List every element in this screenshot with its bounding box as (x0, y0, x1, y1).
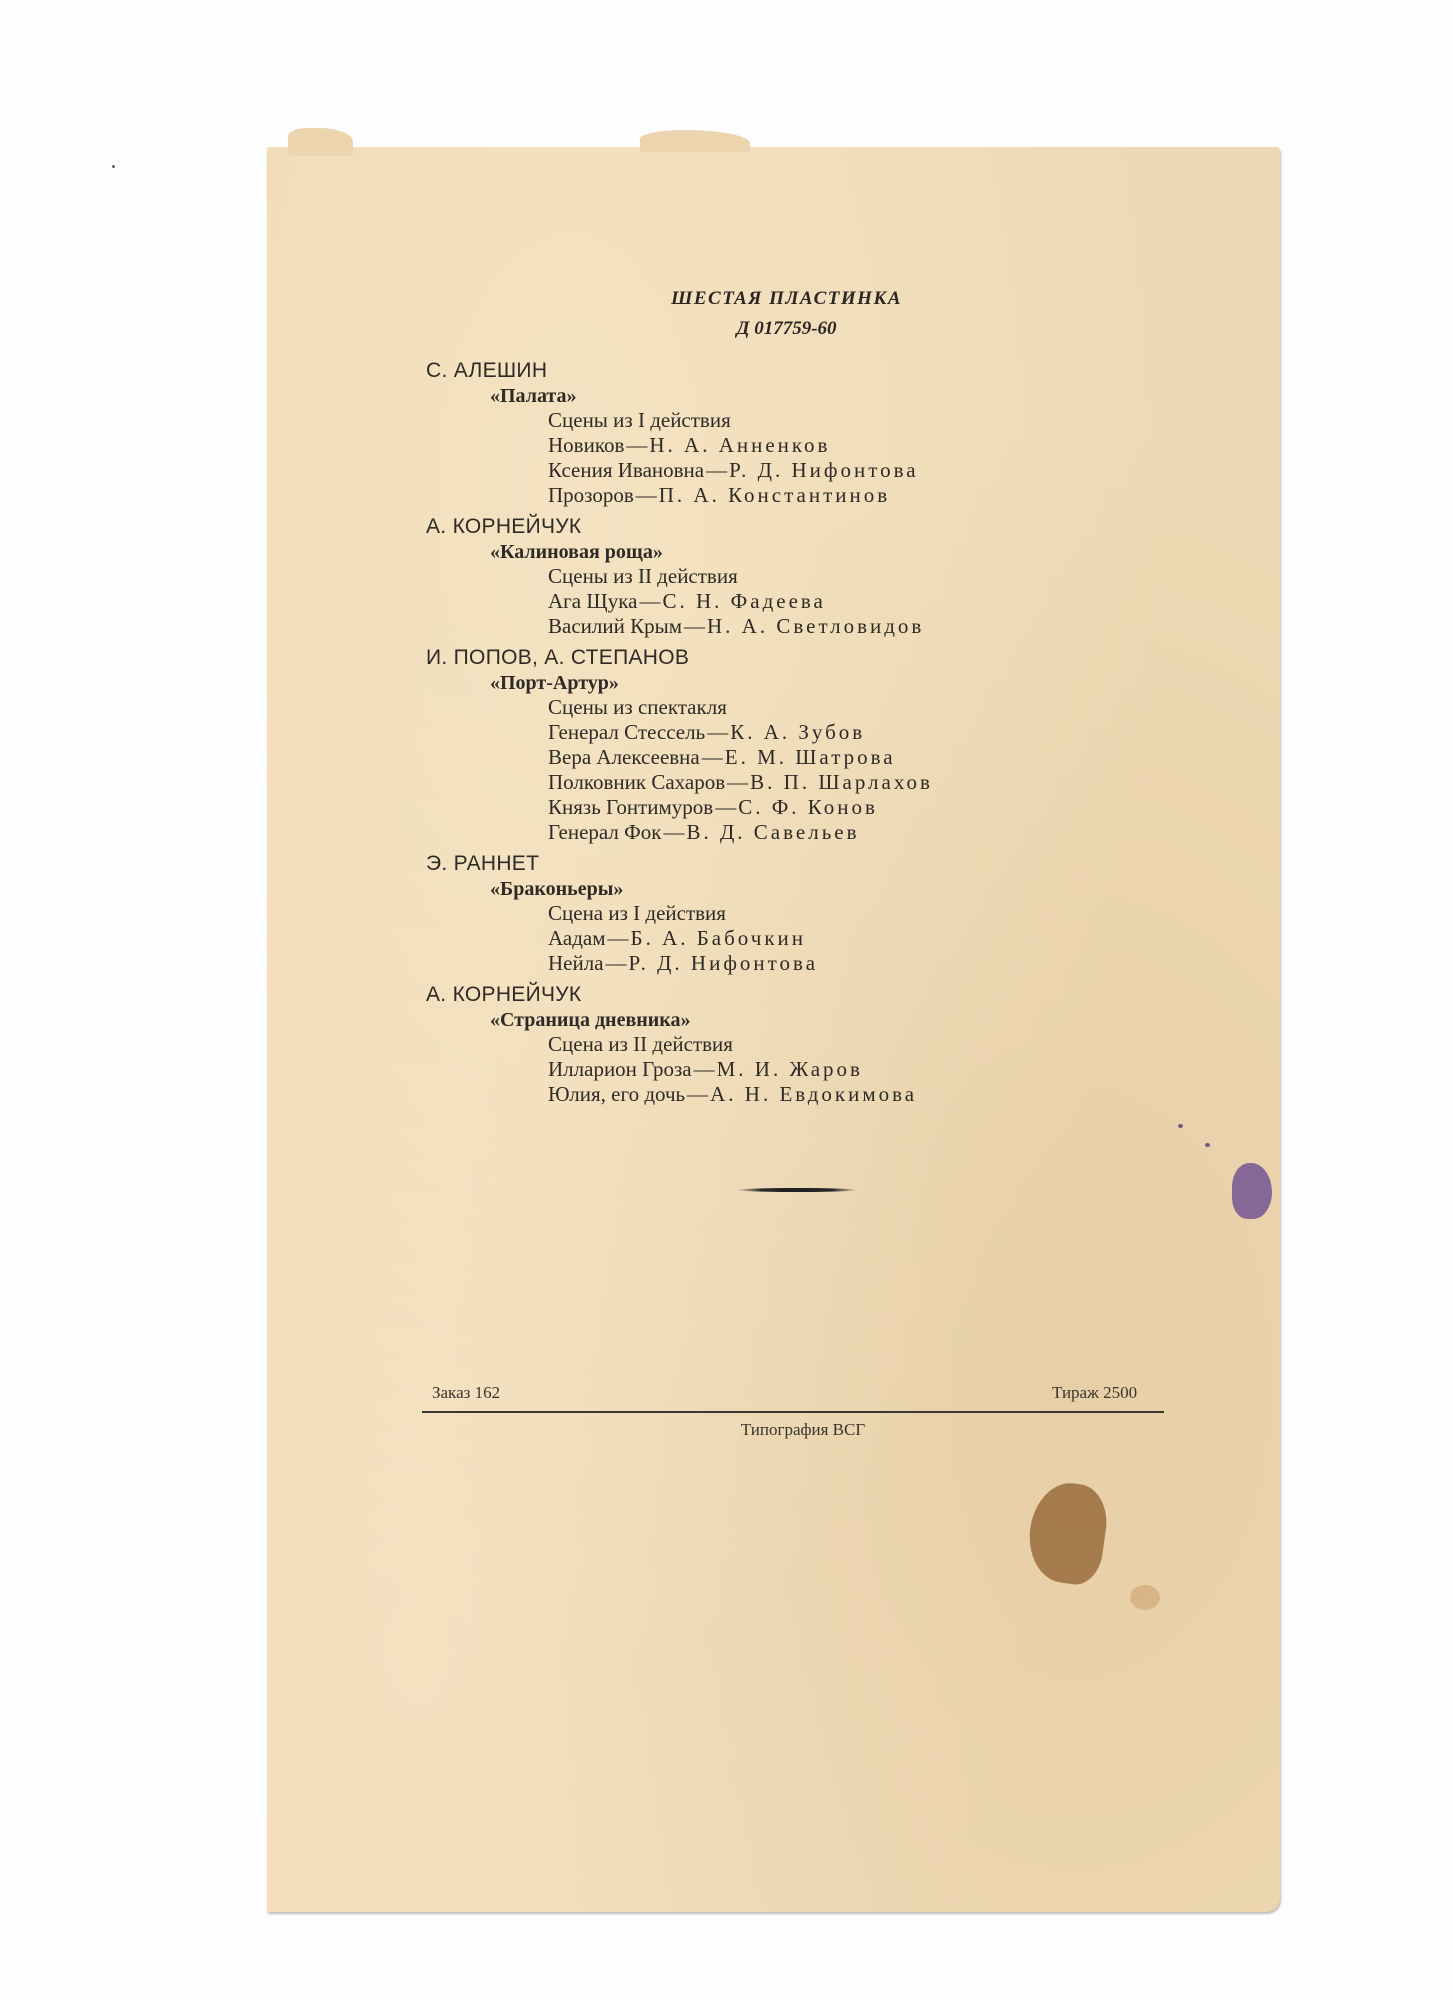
role-name: Илларион Гроза (548, 1057, 692, 1081)
dash: — (684, 614, 705, 638)
programme-section: И. ПОПОВ, А. СТЕПАНОВ«Порт-Артур»Сцены и… (426, 645, 933, 845)
dash: — (727, 770, 748, 794)
actor-name: В. Д. Савельев (686, 820, 859, 844)
actor-name: В. П. Шарлахов (750, 770, 933, 794)
role-name: Вера Алексеевна (548, 745, 700, 769)
faint-stain (1130, 1585, 1160, 1610)
printer-name: Типография ВСГ (0, 1420, 1453, 1440)
role-name: Ага Щука (548, 589, 638, 613)
programme-section: А. КОРНЕЙЧУК«Страница дневника»Сцена из … (426, 982, 933, 1107)
actor-name: К. А. Зубов (730, 720, 865, 744)
role-name: Ксения Ивановна (548, 458, 704, 482)
record-title: ШЕСТАЯ ПЛАСТИНКА (0, 288, 1453, 310)
dash: — (640, 589, 661, 613)
programme-section: С. АЛЕШИН«Палата»Сцены из I действияНови… (426, 358, 933, 508)
programme-section: Э. РАННЕТ«Браконьеры»Сцена из I действия… (426, 851, 933, 976)
print-run: Тираж 2500 (1052, 1383, 1137, 1403)
play-title: «Калиновая роща» (490, 540, 933, 564)
role-name: Прозоров (548, 483, 634, 507)
dash: — (706, 458, 727, 482)
printer-name-text: Типография ВСГ (741, 1420, 865, 1440)
cast-line: Вера Алексеевна—Е. М. Шатрова (548, 745, 933, 770)
cast-line: Василий Крым—Н. А. Светловидов (548, 614, 933, 639)
programme-list: С. АЛЕШИН«Палата»Сцены из I действияНови… (426, 352, 933, 1107)
play-title: «Палата» (490, 384, 933, 408)
ink-speck (1205, 1143, 1210, 1147)
role-name: Новиков (548, 433, 624, 457)
dash: — (636, 483, 657, 507)
scene-description: Сцены из спектакля (548, 695, 933, 720)
ornament-divider (737, 1188, 857, 1192)
role-name: Нейла (548, 951, 604, 975)
actor-name: Н. А. Анненков (649, 433, 830, 457)
footer-divider (422, 1411, 1164, 1413)
cast-line: Ксения Ивановна—Р. Д. Нифонтова (548, 458, 933, 483)
record-title-text: ШЕСТАЯ ПЛАСТИНКА (671, 288, 902, 310)
actor-name: Е. М. Шатрова (725, 745, 896, 769)
actor-name: П. А. Константинов (659, 483, 890, 507)
cast-line: Илларион Гроза—М. И. Жаров (548, 1057, 933, 1082)
programme-section: А. КОРНЕЙЧУК«Калиновая роща»Сцены из II … (426, 514, 933, 639)
dash: — (608, 926, 629, 950)
dash: — (715, 795, 736, 819)
catalog-number: Д 017759-60 (0, 318, 1453, 340)
cast-line: Прозоров—П. А. Константинов (548, 483, 933, 508)
role-name: Князь Гонтимуров (548, 795, 713, 819)
order-number: Заказ 162 (432, 1383, 500, 1403)
torn-edge (288, 128, 353, 156)
actor-name: Р. Д. Нифонтова (629, 951, 819, 975)
role-name: Юлия, его дочь (548, 1082, 685, 1106)
cast-line: Ага Щука—С. Н. Фадеева (548, 589, 933, 614)
torn-edge (640, 130, 750, 152)
scene-description: Сцена из I действия (548, 901, 933, 926)
catalog-number-text: Д 017759-60 (736, 318, 836, 340)
play-title: «Порт-Артур» (490, 671, 933, 695)
actor-name: С. Н. Фадеева (663, 589, 826, 613)
role-name: Генерал Стессель (548, 720, 705, 744)
cast-line: Генерал Фок—В. Д. Савельев (548, 820, 933, 845)
cast-line: Аадам—Б. А. Бабочкин (548, 926, 933, 951)
cast-line: Юлия, его дочь—А. Н. Евдокимова (548, 1082, 933, 1107)
cast-line: Нейла—Р. Д. Нифонтова (548, 951, 933, 976)
role-name: Полковник Сахаров (548, 770, 725, 794)
cast-line: Генерал Стессель—К. А. Зубов (548, 720, 933, 745)
cast-line: Новиков—Н. А. Анненков (548, 433, 933, 458)
scene-description: Сцена из II действия (548, 1032, 933, 1057)
author-name: С. АЛЕШИН (426, 358, 933, 384)
dash: — (663, 820, 684, 844)
dash: — (707, 720, 728, 744)
ink-speck (1178, 1124, 1183, 1128)
author-name: А. КОРНЕЙЧУК (426, 982, 933, 1008)
actor-name: А. Н. Евдокимова (710, 1082, 917, 1106)
dash: — (687, 1082, 708, 1106)
scene-description: Сцены из II действия (548, 564, 933, 589)
author-name: Э. РАННЕТ (426, 851, 933, 877)
dash: — (702, 745, 723, 769)
actor-name: Н. А. Светловидов (707, 614, 924, 638)
cast-line: Князь Гонтимуров—С. Ф. Конов (548, 795, 933, 820)
play-title: «Браконьеры» (490, 877, 933, 901)
scene-description: Сцены из I действия (548, 408, 933, 433)
play-title: «Страница дневника» (490, 1008, 933, 1032)
actor-name: Б. А. Бабочкин (631, 926, 807, 950)
dash: — (626, 433, 647, 457)
author-name: И. ПОПОВ, А. СТЕПАНОВ (426, 645, 933, 671)
role-name: Аадам (548, 926, 606, 950)
author-name: А. КОРНЕЙЧУК (426, 514, 933, 540)
dust-speck (112, 165, 115, 168)
actor-name: Р. Д. Нифонтова (729, 458, 919, 482)
cast-line: Полковник Сахаров—В. П. Шарлахов (548, 770, 933, 795)
actor-name: М. И. Жаров (717, 1057, 863, 1081)
dash: — (606, 951, 627, 975)
dash: — (694, 1057, 715, 1081)
role-name: Василий Крым (548, 614, 682, 638)
ink-stain (1232, 1163, 1272, 1219)
role-name: Генерал Фок (548, 820, 661, 844)
actor-name: С. Ф. Конов (738, 795, 878, 819)
